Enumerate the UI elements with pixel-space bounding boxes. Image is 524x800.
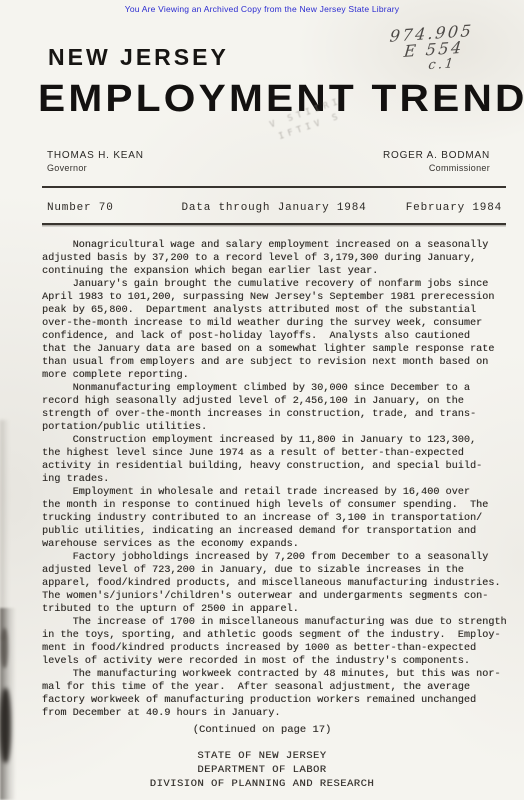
scan-artifact-blob: [1, 628, 8, 668]
body-line: continuing the expansion which began ear…: [42, 265, 517, 278]
body-line: April 1983 to 101,200, surpassing New Je…: [42, 291, 517, 304]
body-line: levels of activity were recorded in most…: [42, 655, 517, 668]
body-line: over-the-month increase to mild weather …: [42, 317, 517, 330]
divider-rule-bottom: [42, 223, 506, 225]
newsletter-page: You Are Viewing an Archived Copy from th…: [0, 0, 524, 800]
scan-artifact-blob: [0, 688, 11, 763]
footer-org-line: DIVISION OF PLANNING AND RESEARCH: [0, 777, 524, 791]
body-line: tributed to the upturn of 2500 in appare…: [42, 603, 517, 616]
body-line: The women's/juniors'/children's outerwea…: [42, 590, 517, 603]
body-line: ment in food/kindred products increased …: [42, 642, 517, 655]
governor-block: THOMAS H. KEAN Governor: [47, 150, 144, 173]
body-line: January's gain brought the cumulative re…: [42, 278, 517, 291]
commissioner-title: Commissioner: [383, 163, 490, 173]
body-line: ing trades.: [42, 473, 517, 486]
body-line: that the January data are based on a som…: [42, 343, 517, 356]
body-line: strength of over-the-month increases in …: [42, 408, 517, 421]
body-line: Factory jobholdings increased by 7,200 f…: [42, 551, 517, 564]
body-line: peak by 65,800. Department analysts attr…: [42, 304, 517, 317]
body-text: Nonagricultural wage and salary employme…: [42, 239, 517, 720]
body-line: the month in response to continued high …: [42, 499, 517, 512]
continued-note: (Continued on page 17): [0, 724, 524, 736]
body-line: trucking industry contributed to an incr…: [42, 512, 517, 525]
call-number-line: c.1: [427, 55, 470, 74]
footer-org-block: STATE OF NEW JERSEY DEPARTMENT OF LABOR …: [0, 749, 524, 791]
handwritten-call-number: 974.905 E 554 c.1: [386, 23, 475, 77]
body-line: more complete reporting.: [42, 369, 517, 382]
commissioner-name: ROGER A. BODMAN: [383, 150, 490, 161]
commissioner-block: ROGER A. BODMAN Commissioner: [383, 150, 490, 173]
body-line: mal for this time of the year. After sea…: [42, 681, 517, 694]
governor-title: Governor: [47, 163, 144, 173]
body-line: Employment in wholesale and retail trade…: [42, 486, 517, 499]
body-line: warehouse services as the economy expand…: [42, 538, 517, 551]
issue-date: February 1984: [406, 202, 502, 214]
body-line: in the toys, sporting, and athletic good…: [42, 629, 517, 642]
newsletter-state-name: NEW JERSEY: [48, 44, 229, 71]
officials-row: THOMAS H. KEAN Governor ROGER A. BODMAN …: [47, 150, 490, 173]
body-line: Construction employment increased by 11,…: [42, 434, 517, 447]
body-line: adjusted level of 723,200 in January, du…: [42, 564, 517, 577]
body-line: Nonagricultural wage and salary employme…: [42, 239, 517, 252]
body-line: Nonmanufacturing employment climbed by 3…: [42, 382, 517, 395]
body-line: portation/public utilities.: [42, 421, 517, 434]
footer-org-line: DEPARTMENT OF LABOR: [0, 763, 524, 777]
governor-name: THOMAS H. KEAN: [47, 150, 144, 161]
body-line: The increase of 1700 in miscellaneous ma…: [42, 616, 517, 629]
body-line: confidence, and lack of post-holiday lay…: [42, 330, 517, 343]
body-line: activity in residential building, heavy …: [42, 460, 517, 473]
divider-rule-top: [42, 186, 506, 188]
body-line: public utilities, indicating an increase…: [42, 525, 517, 538]
body-line: factory workweek of manufacturing produc…: [42, 694, 517, 707]
footer-org-line: STATE OF NEW JERSEY: [0, 749, 524, 763]
body-line: The manufacturing workweek contracted by…: [42, 668, 517, 681]
scan-artifact-streak: [0, 420, 9, 640]
archive-banner: You Are Viewing an Archived Copy from th…: [0, 4, 524, 14]
body-line: record high seasonally adjusted level of…: [42, 395, 517, 408]
body-line: adjusted basis by 37,200 to a record lev…: [42, 252, 517, 265]
body-line: the highest level since June 1974 as a r…: [42, 447, 517, 460]
body-line: apparel, food/kindred products, and misc…: [42, 577, 517, 590]
body-line: from December at 40.9 hours in January.: [42, 707, 517, 720]
body-line: than usual from employers and are subjec…: [42, 356, 517, 369]
